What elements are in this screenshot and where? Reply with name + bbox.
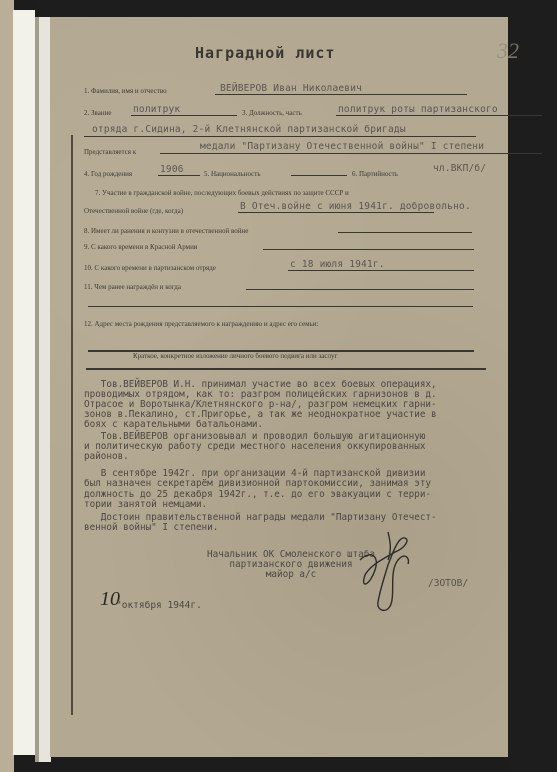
field-11-underline: [246, 289, 474, 290]
field-9-label: 9. С какого времени в Красной Армии: [84, 243, 198, 251]
field-1-underline: [215, 94, 467, 95]
field-9-underline: [263, 249, 474, 250]
field-7-label-cont: Отечественной войне (где, когда): [84, 207, 183, 215]
margin-pencil-line: [71, 135, 73, 715]
section-caption: Краткое, конкретное изложение личного бо…: [133, 352, 337, 360]
narrative-line-5: боях с карательными батальонами.: [84, 420, 544, 430]
field-5-label: 5. Национальность: [204, 170, 261, 178]
award-underline: [160, 153, 542, 154]
narrative-line-7: и политическую работу среди местного нас…: [84, 442, 544, 452]
field-11-underline-2: [88, 306, 473, 307]
award-value: медали "Партизану Отечественной войны" I…: [200, 141, 484, 152]
field-3-value: политрук роты партизанского: [338, 104, 498, 115]
field-6-label: 6. Партийность: [352, 170, 398, 178]
narrative-line-14: венной войны" I степени.: [84, 523, 544, 533]
field-7-value: В Отеч.войне с июня 1941г. добровольно.: [240, 201, 471, 212]
field-6-value: чл.ВКП/б/: [433, 163, 486, 174]
signatory-name: /ЗОТОВ/: [428, 578, 468, 589]
field-1-value: ВЕЙВЕРОВ Иван Николаевич: [220, 83, 362, 94]
field-10-value: с 18 июля 1941г.: [290, 259, 385, 270]
field-2-value: политрук: [133, 104, 180, 115]
field-5-underline: [291, 175, 347, 176]
date-month-year: "октября 1944г.: [116, 600, 202, 611]
field-3-underline: [336, 115, 542, 116]
field-11-label: 11. Чем ранее награждён и когда: [84, 283, 181, 291]
document-title: Наградной лист: [195, 44, 335, 62]
field-3-cont-underline: [84, 136, 476, 137]
field-7-label: 7. Участие в гражданской войне, последую…: [95, 189, 349, 197]
field-4-underline: [158, 175, 200, 176]
field-3-value-cont: отряда г.Сидина, 2-й Клетнянской партиза…: [92, 124, 406, 135]
narrative-line-8: районов.: [84, 452, 544, 462]
field-3-label: 3. Должность, часть: [242, 109, 302, 117]
caption-underline: [86, 368, 486, 370]
narrative-line-10: был назначен секретарём дивизионной парт…: [84, 479, 544, 489]
archive-page-number: 32: [497, 38, 519, 64]
field-10-underline: [288, 270, 474, 271]
award-label: Представляется к: [84, 148, 136, 156]
field-8-label: 8. Имеет ли ранения и контузии в отечест…: [84, 227, 248, 235]
handwritten-signature-icon: [350, 530, 420, 620]
field-2-underline: [131, 115, 237, 116]
scanner-edge: [0, 0, 14, 772]
field-4-label: 4. Год рождения: [84, 170, 132, 178]
field-4-value: 1906: [160, 164, 184, 175]
narrative-line-12: тории занятой немцами.: [84, 500, 544, 510]
page-edge-stack: [13, 10, 35, 755]
field-2-label: 2. Звание: [84, 109, 111, 117]
field-8-underline: [338, 232, 472, 233]
field-12-label: 12. Адрес места рождения представляемого…: [84, 320, 318, 328]
field-10-label: 10. С какого времени в партизанском отря…: [84, 264, 216, 272]
field-7-underline: [238, 212, 434, 213]
scan-border-top: [35, 0, 557, 17]
field-1-label: 1. Фамилия, имя и отчество: [84, 87, 167, 95]
